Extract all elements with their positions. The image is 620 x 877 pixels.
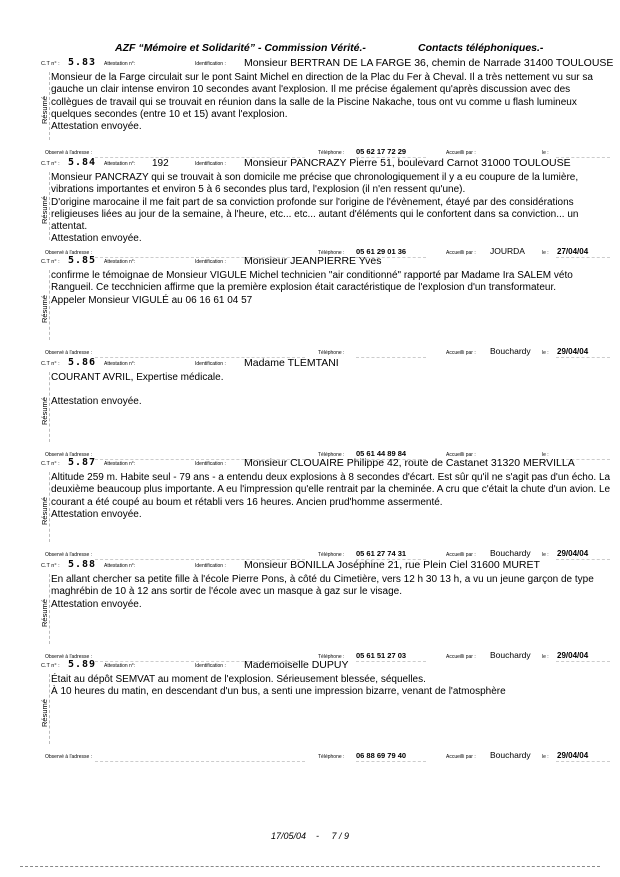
ct-number: 5.87 [68, 457, 96, 468]
resume-divider [49, 674, 50, 744]
attestation-label: Attestation n°: [104, 161, 135, 167]
date-value: 29/04/04 [557, 751, 588, 760]
record-entry: C.T n° : 5.87 Attestation n°: Identifica… [0, 457, 620, 549]
resume-label: Résumé [40, 599, 49, 627]
resume-label: Résumé [40, 397, 49, 425]
attestation-label: Attestation n°: [104, 361, 135, 367]
summary-paragraph: À 10 heures du matin, en descendant d'un… [51, 686, 613, 698]
summary-paragraph: COURANT AVRIL, Expertise médicale. [51, 372, 613, 384]
record-entry: C.T n° : 5.88 Attestation n°: Identifica… [0, 559, 620, 651]
identification-label: Identification : [195, 663, 226, 669]
telephone-label: Téléphone : [318, 150, 344, 156]
ct-number: 5.85 [68, 255, 96, 266]
summary-paragraph: Attestation envoyée. [51, 396, 613, 408]
telephone-label: Téléphone : [318, 552, 344, 558]
summary-paragraph: Attestation envoyée. [51, 509, 613, 521]
observe-label: Observé à l'adresse : [45, 150, 92, 156]
record-entry: C.T n° : 5.84 Attestation n°: 192 Identi… [0, 157, 620, 247]
accueilli-value: Bouchardy [490, 346, 531, 356]
accueilli-label: Accueilli par : [446, 754, 476, 760]
telephone-label: Téléphone : [318, 754, 344, 760]
telephone-value: 05 61 27 74 31 [356, 549, 406, 558]
summary-paragraph: Attestation envoyée. [51, 121, 613, 133]
document-subtitle: Contacts téléphoniques.- [418, 42, 543, 54]
identification-value: Monsieur BERTRAN DE LA FARGE 36, chemin … [244, 57, 613, 69]
observe-label: Observé à l'adresse : [45, 350, 92, 356]
ct-label: C.T n° : [41, 161, 60, 167]
resume-divider [49, 574, 50, 644]
resume-label: Résumé [40, 196, 49, 224]
identification-label: Identification : [195, 161, 226, 167]
summary-paragraph: Était au dépôt SEMVAT au moment de l'exp… [51, 674, 613, 686]
identification-value: Mademoiselle DUPUY [244, 659, 348, 671]
date-label: le : [542, 150, 549, 156]
record-summary: En allant chercher sa petite fille à l'é… [51, 574, 613, 611]
resume-divider [49, 270, 50, 340]
date-value: 29/04/04 [557, 347, 588, 356]
date-value: 29/04/04 [557, 549, 588, 558]
accueilli-label: Accueilli par : [446, 552, 476, 558]
summary-paragraph: Monsieur PANCRAZY qui se trouvait à son … [51, 172, 613, 197]
summary-paragraph: Monsieur de la Farge circulait sur le po… [51, 72, 613, 121]
ct-label: C.T n° : [41, 61, 60, 67]
identification-value: Madame TLEMTANI [244, 357, 339, 369]
summary-paragraph: Attestation envoyée. [51, 233, 613, 245]
summary-paragraph: confirme le témoignae de Monsieur VIGULE… [51, 270, 613, 295]
summary-paragraph: Attestation envoyée. [51, 599, 613, 611]
ct-number: 5.84 [68, 157, 96, 168]
record-entry: C.T n° : 5.89 Attestation n°: Identifica… [0, 659, 620, 751]
summary-paragraph: Altitude 259 m. Habite seul - 79 ans - a… [51, 472, 613, 509]
page-footer: 17/05/04 - 7 / 9 [0, 831, 620, 841]
summary-paragraph [51, 384, 613, 396]
ct-label: C.T n° : [41, 259, 60, 265]
document-title: AZF “Mémoire et Solidarité” - Commission… [115, 42, 366, 54]
ct-label: C.T n° : [41, 663, 60, 669]
resume-label: Résumé [40, 96, 49, 124]
identification-value: Monsieur JEANPIERRE Yves [244, 255, 382, 267]
ct-label: C.T n° : [41, 563, 60, 569]
ct-number: 5.88 [68, 559, 96, 570]
resume-label: Résumé [40, 699, 49, 727]
scan-artifact [20, 866, 600, 869]
record-contact-line: Observé à l'adresse : Téléphone : 06 88 … [0, 751, 620, 763]
record-summary: COURANT AVRIL, Expertise médicale.Attest… [51, 372, 613, 409]
document-header: AZF “Mémoire et Solidarité” - Commission… [0, 42, 620, 58]
resume-divider [49, 72, 50, 140]
footer-date: 17/05/04 [271, 831, 306, 841]
accueilli-label: Accueilli par : [446, 350, 476, 356]
attestation-number: 192 [152, 158, 169, 169]
identification-value: Monsieur PANCRAZY Pierre 51, boulevard C… [244, 157, 571, 169]
record-entry: C.T n° : 5.83 Attestation n°: Identifica… [0, 57, 620, 147]
accueilli-value: Bouchardy [490, 750, 531, 760]
record-summary: Était au dépôt SEMVAT au moment de l'exp… [51, 674, 613, 699]
ct-number: 5.86 [68, 357, 96, 368]
resume-divider [49, 372, 50, 442]
telephone-value: 05 62 17 72 29 [356, 147, 406, 156]
page-number: 7 / 9 [332, 831, 350, 841]
record-summary: confirme le témoignae de Monsieur VIGULE… [51, 270, 613, 307]
ct-number: 5.89 [68, 659, 96, 670]
date-label: le : [542, 552, 549, 558]
record-entry: C.T n° : 5.86 Attestation n°: Identifica… [0, 357, 620, 449]
telephone-value: 06 88 69 79 40 [356, 751, 406, 760]
ct-number: 5.83 [68, 57, 96, 68]
summary-paragraph: En allant chercher sa petite fille à l'é… [51, 574, 613, 599]
identification-label: Identification : [195, 61, 226, 67]
observe-label: Observé à l'adresse : [45, 552, 92, 558]
accueilli-label: Accueilli par : [446, 150, 476, 156]
date-label: le : [542, 350, 549, 356]
summary-paragraph: D'origine marocaine il me fait part de s… [51, 197, 613, 234]
ct-label: C.T n° : [41, 361, 60, 367]
date-label: le : [542, 754, 549, 760]
identification-value: Monsieur BONILLA Joséphine 21, rue Plein… [244, 559, 540, 571]
attestation-label: Attestation n°: [104, 61, 135, 67]
observe-label: Observé à l'adresse : [45, 754, 92, 760]
summary-paragraph: Appeler Monsieur VIGULÉ au 06 16 61 04 5… [51, 295, 613, 307]
resume-label: Résumé [40, 497, 49, 525]
attestation-label: Attestation n°: [104, 663, 135, 669]
attestation-label: Attestation n°: [104, 259, 135, 265]
identification-label: Identification : [195, 259, 226, 265]
resume-label: Résumé [40, 295, 49, 323]
record-summary: Altitude 259 m. Habite seul - 79 ans - a… [51, 472, 613, 521]
accueilli-value: Bouchardy [490, 548, 531, 558]
telephone-label: Téléphone : [318, 350, 344, 356]
record-entry: C.T n° : 5.85 Attestation n°: Identifica… [0, 255, 620, 347]
resume-divider [49, 172, 50, 240]
resume-divider [49, 472, 50, 542]
record-summary: Monsieur de la Farge circulait sur le po… [51, 72, 613, 133]
identification-label: Identification : [195, 461, 226, 467]
identification-value: Monsieur CLOUAIRE Philippe 42, route de … [244, 457, 575, 469]
record-summary: Monsieur PANCRAZY qui se trouvait à son … [51, 172, 613, 246]
attestation-label: Attestation n°: [104, 563, 135, 569]
identification-label: Identification : [195, 361, 226, 367]
attestation-label: Attestation n°: [104, 461, 135, 467]
identification-label: Identification : [195, 563, 226, 569]
ct-label: C.T n° : [41, 461, 60, 467]
footer-separator: - [316, 831, 319, 841]
